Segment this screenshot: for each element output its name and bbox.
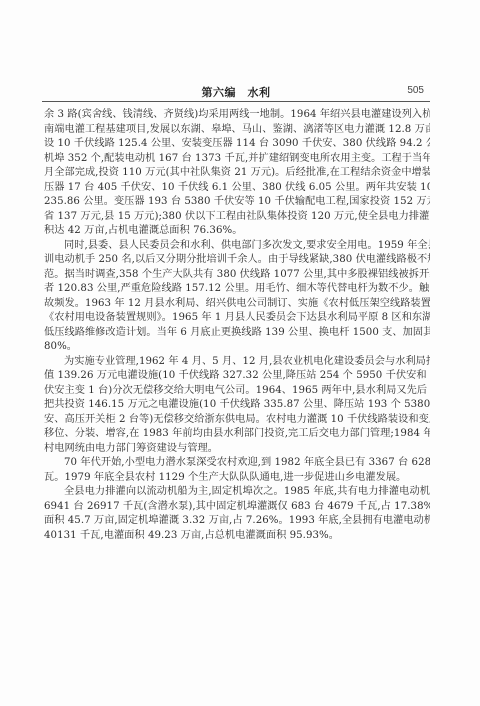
text-line: 设 10 千伏线路 125.4 公里、安装变压器 114 台 3090 千伏安、… (44, 137, 430, 152)
text-line: 月全部完成,投资 110 万元(其中社队集资 21 万元)。后经批准,在工程结余… (44, 166, 430, 181)
text-line: 同时,县委、县人民委员会和水利、供电部门多次发文,要求安全用电。1959 年全县… (44, 239, 430, 254)
text-line: 70 年代开始,小型电力潜水泵深受农村欢迎,到 1982 年底全县已有 3367… (44, 456, 430, 471)
text-line: 把共投资 146.15 万元之电灌设施(10 千伏线路 335.87 公里、降压… (44, 398, 430, 413)
text-line: 值 139.26 万元电灌设施(10 千伏线路 327.32 公里,降压站 25… (44, 369, 430, 384)
text-line: 《农村用电设备装置规则》。1965 年 1 月县人民委员会下达县水利局平原 8 … (44, 311, 430, 326)
text-line: 范。据当时调查,358 个生产大队共有 380 伏线路 1077 公里,其中多股… (44, 268, 430, 283)
text-line: 故频发。1963 年 12 月县水利局、绍兴供电公司制订、实施《农村低压架空线路… (44, 297, 430, 312)
text-line: 积达 42 万亩,占机电灌溉总面积 76.36%。 (44, 224, 430, 239)
text-line: 低压线路维修改造计划。当年 6 月底止更换线路 139 公里、换电杆 1500 … (44, 326, 430, 341)
paragraph-2: 同时,县委、县人民委员会和水利、供电部门多次发文,要求安全用电。1959 年全县… (44, 239, 430, 355)
paragraph-3: 为实施专业管理,1962 年 4 月、5 月、12 月,县农业机电化建设委员会与… (44, 355, 430, 457)
text-line: 6941 台 26917 千瓦(含潜水泵),其中固定机埠灌溉仅 683 台 46… (44, 500, 430, 515)
text-line: 移位、分装、增容,在 1983 年前均由县水利部门投资,完工后交电力部门管理;1… (44, 427, 430, 442)
text-line: 省 137 万元,县 15 万元);380 伏以下工程由社队集体投资 120 万… (44, 210, 430, 225)
text-line: 为实施专业管理,1962 年 4 月、5 月、12 月,县农业机电化建设委员会与… (44, 355, 430, 370)
text-line: 余 3 路(宾舍线、钱清线、齐贤线)均采用两线一地制。1964 年绍兴县电灌建设… (44, 108, 430, 123)
running-header: 第六编 水利 505 (42, 82, 430, 102)
text-line: 全县电力排灌向以流动机船为主,固定机埠次之。1985 年底,共有电力排灌电动机 (44, 485, 430, 500)
text-line: 40131 千瓦,电灌面积 49.23 万亩,占总机电灌溉面积 95.93%。 (44, 529, 430, 544)
document-page: 第六编 水利 505 余 3 路(宾舍线、钱清线、齐贤线)均采用两线一地制。19… (0, 0, 480, 706)
text-line: 压器 17 台 405 千伏安、10 千伏线 6.1 公里、380 伏线 6.0… (44, 181, 430, 196)
paragraph-4: 70 年代开始,小型电力潜水泵深受农村欢迎,到 1982 年底全县已有 3367… (44, 456, 430, 485)
text-line: 80%。 (44, 340, 430, 355)
text-line: 者 120.83 公里,严重危险线路 157.12 公里。用毛竹、细木等代替电杆… (44, 282, 430, 297)
text-line: 训电动机手 250 名,以后又分期分批培训千余人。由于导线紧缺,380 伏电灌线… (44, 253, 430, 268)
text-line: 瓦。1979 年底全县农村 1129 个生产大队队队通电,进一步促进山乡电灌发展… (44, 471, 430, 486)
text-line: 安、高压开关柜 2 台等)无偿移交给浙东供电局。农村电力灌溉 10 千伏线路装设… (44, 413, 430, 428)
header-rule (42, 101, 430, 102)
section-title: 第六编 水利 (42, 84, 430, 100)
text-line: 伏安主变 1 台)分次无偿移交给大明电气公司。1964、1965 两年中,县水利… (44, 384, 430, 399)
paragraph-5: 全县电力排灌向以流动机船为主,固定机埠次之。1985 年底,共有电力排灌电动机 … (44, 485, 430, 543)
text-line: 机埠 352 个,配装电动机 167 台 1373 千瓦,并扩建绍钢变电所农用主… (44, 152, 430, 167)
paragraph-1: 余 3 路(宾舍线、钱清线、齐贤线)均采用两线一地制。1964 年绍兴县电灌建设… (44, 108, 430, 239)
text-line: 235.86 公里。变压器 193 台 5380 千伏安等 10 千伏输配电工程… (44, 195, 430, 210)
text-line: 村电网统由电力部门筹资建设与管理。 (44, 442, 430, 457)
text-line: 南端电灌工程基建项目,发展以东湖、皋埠、马山、鉴湖、漓渚等区电力灌溉 12.8 … (44, 123, 430, 138)
text-line: 面积 45.7 万亩,固定机埠灌溉 3.32 万亩,占 7.26%。1993 年… (44, 514, 430, 529)
body-text: 余 3 路(宾舍线、钱清线、齐贤线)均采用两线一地制。1964 年绍兴县电灌建设… (44, 108, 430, 543)
page-number: 505 (407, 85, 424, 96)
